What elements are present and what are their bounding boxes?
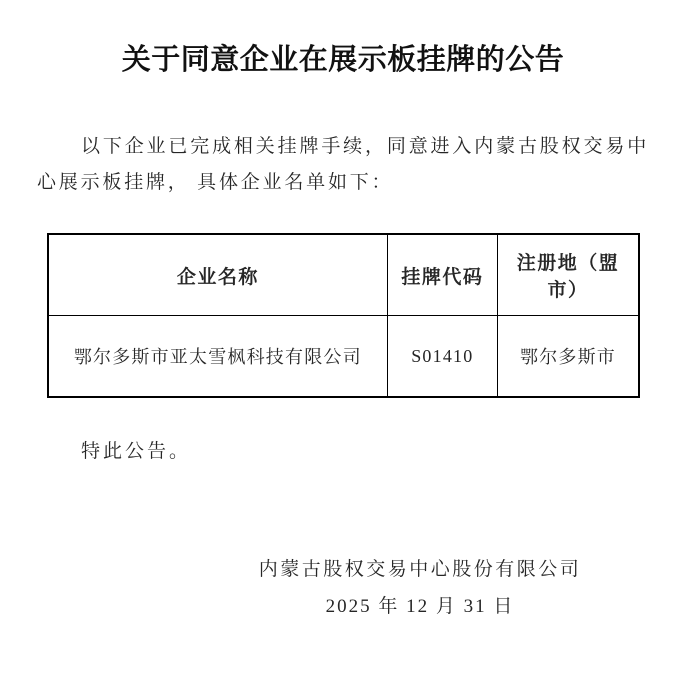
page-title: 关于同意企业在展示板挂牌的公告 (0, 42, 686, 78)
signature-date: 2025 年 12 月 31 日 (154, 588, 686, 625)
announcement-page: 关于同意企业在展示板挂牌的公告 以下企业已完成相关挂牌手续，同意进入内蒙古股权交… (0, 0, 686, 674)
column-header-company-name: 企业名称 (48, 234, 387, 316)
table-header-row: 企业名称 挂牌代码 注册地（盟市） (48, 234, 639, 316)
signature-block: 内蒙古股权交易中心股份有限公司 2025 年 12 月 31 日 (154, 551, 686, 625)
column-header-registration-place: 注册地（盟市） (498, 234, 640, 316)
companies-table: 企业名称 挂牌代码 注册地（盟市） 鄂尔多斯市亚太雪枫科技有限公司 S01410… (47, 233, 640, 398)
signature-organization: 内蒙古股权交易中心股份有限公司 (154, 551, 686, 588)
cell-company-name: 鄂尔多斯市亚太雪枫科技有限公司 (48, 316, 387, 398)
cell-listing-code: S01410 (387, 316, 497, 398)
cell-registration-place: 鄂尔多斯市 (498, 316, 640, 398)
announcement-body-paragraph: 以下企业已完成相关挂牌手续，同意进入内蒙古股权交易中心展示板挂牌， 具体企业名单… (37, 129, 649, 201)
column-header-listing-code: 挂牌代码 (387, 234, 497, 316)
closing-note: 特此公告。 (37, 438, 649, 466)
table-row: 鄂尔多斯市亚太雪枫科技有限公司 S01410 鄂尔多斯市 (48, 316, 639, 398)
